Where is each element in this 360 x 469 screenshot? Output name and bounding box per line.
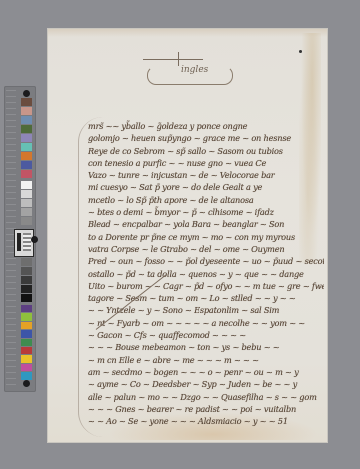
color-swatch bbox=[21, 364, 32, 371]
manuscript-line: Vazo ~ tunre ~ injcustan ~ de ~ Velocora… bbox=[88, 169, 324, 181]
color-swatch bbox=[21, 208, 32, 216]
color-swatch bbox=[21, 330, 32, 337]
manuscript-line: ~ ~ Ao ~ Se ~ yone ~ ~ ~ Aldsmiacio ~ y … bbox=[88, 415, 324, 427]
color-swatch bbox=[21, 285, 32, 293]
manuscript-line: am ~ secdmo ~ bogen ~ ~ ~ o ~ penr ~ ou … bbox=[88, 366, 324, 378]
manuscript-line: vatra Corpse ~ le Gtrabo ~ del ~ ome ~ O… bbox=[88, 243, 324, 255]
manuscript-page: ingles mrs̃ ~~ yb̃allo ~ g̃oldeza y ponc… bbox=[48, 29, 327, 442]
color-swatch bbox=[21, 143, 32, 151]
manuscript-line: ~ nt ~ Fyarb ~ om ~ ~ ~ ~ ~ a necolhe ~ … bbox=[88, 317, 324, 329]
registration-dot-top bbox=[23, 90, 30, 97]
manuscript-line: mcetlo ~ lo Sp̃ p̃th apore ~ de le altan… bbox=[88, 194, 324, 206]
manuscript-line: ostallo ~ p̃d ~ ta dolla ~ quenos ~ y ~ … bbox=[88, 268, 324, 280]
registration-dot-bottom bbox=[23, 380, 30, 387]
color-swatch bbox=[21, 322, 32, 329]
color-swatch bbox=[21, 347, 32, 354]
manuscript-line: Pred ~ oun ~ fosso ~ ~ p̃ol dyeseente ~ … bbox=[88, 255, 324, 267]
manuscript-text: mrs̃ ~~ yb̃allo ~ g̃oldeza y ponce ongne… bbox=[88, 120, 324, 427]
color-swatch bbox=[21, 134, 32, 142]
color-swatch bbox=[21, 181, 32, 189]
cross-mark bbox=[178, 52, 179, 66]
color-swatch bbox=[21, 199, 32, 207]
manuscript-line: ~ btes o demi ~ b̃myor ~ p̃ ~ clhisome ~… bbox=[88, 206, 324, 218]
manuscript-line: ~ ayme ~ Co ~ Deedsber ~ Syp ~ Juden ~ b… bbox=[88, 378, 324, 390]
color-swatch bbox=[21, 294, 32, 302]
color-swatch bbox=[21, 125, 32, 133]
color-swatch bbox=[21, 305, 32, 312]
color-swatch bbox=[21, 313, 32, 320]
color-swatch bbox=[21, 217, 32, 225]
manuscript-line: ~ ~ ~ Bouse mebeamon ~ ton ~ ys ~ bebu ~… bbox=[88, 341, 324, 353]
paper-stain bbox=[48, 29, 327, 37]
manuscript-line: ~ Gacon ~ Cfs ~ quaffecomod ~ ~ ~ ~ bbox=[88, 329, 324, 341]
manuscript-line: mrs̃ ~~ yb̃allo ~ g̃oldeza y ponce ongne bbox=[88, 120, 324, 132]
manuscript-line: alle ~ palun ~ mo ~ ~ Dzgo ~ ~ Quasefilh… bbox=[88, 391, 324, 403]
color-calibration-target bbox=[4, 86, 36, 392]
color-swatch bbox=[21, 152, 32, 160]
color-swatch bbox=[21, 339, 32, 346]
manuscript-line: con tenesio a purfic ~ ~ nuse gno ~ vuea… bbox=[88, 157, 324, 169]
color-swatch bbox=[21, 116, 32, 124]
registration-dot-middle bbox=[31, 236, 38, 243]
manuscript-line: ~ m cn Elle e ~ abre ~ me ~ ~ ~ m ~ ~ ~ bbox=[88, 354, 324, 366]
manuscript-line: Reye de co Sebrom ~ sp̃ sallo ~ Sasom ou… bbox=[88, 145, 324, 157]
paper-hole bbox=[299, 50, 302, 53]
color-swatch bbox=[21, 276, 32, 284]
color-swatch bbox=[21, 107, 32, 115]
color-swatch bbox=[21, 161, 32, 169]
manuscript-line: tagore ~ Sesm ~ tum ~ om ~ Lo ~ stlled ~… bbox=[88, 292, 324, 304]
manuscript-line: Uito ~ burom ~ ~ Cagr ~ p̃d ~ ofyo ~ ~ m… bbox=[88, 280, 324, 292]
heading-word: ingles bbox=[181, 65, 208, 75]
color-swatch bbox=[21, 355, 32, 362]
color-swatch bbox=[21, 267, 32, 275]
color-swatch bbox=[21, 98, 32, 106]
cross-mark bbox=[143, 59, 203, 60]
document-heading: ingles bbox=[143, 52, 243, 88]
color-swatch bbox=[21, 372, 32, 379]
color-swatch bbox=[21, 190, 32, 198]
calibration-label bbox=[14, 229, 34, 257]
color-swatch bbox=[21, 170, 32, 178]
manuscript-line: mi cuesyo ~ Sat p̃ yore ~ do dele Gealt … bbox=[88, 181, 324, 193]
manuscript-line: ~ ~ ~ Gnes ~ bearer ~ re padist ~ ~ poi … bbox=[88, 403, 324, 415]
manuscript-line: golomjo ~ heuen sup̃yngo ~ grace me ~ on… bbox=[88, 132, 324, 144]
manuscript-line: to a Dorente pr p̃ne ce mym ~ mo ~ con m… bbox=[88, 231, 324, 243]
manuscript-line: Blead ~ encpalbar ~ yola Bara ~ beanglar… bbox=[88, 218, 324, 230]
color-swatch bbox=[21, 258, 32, 266]
